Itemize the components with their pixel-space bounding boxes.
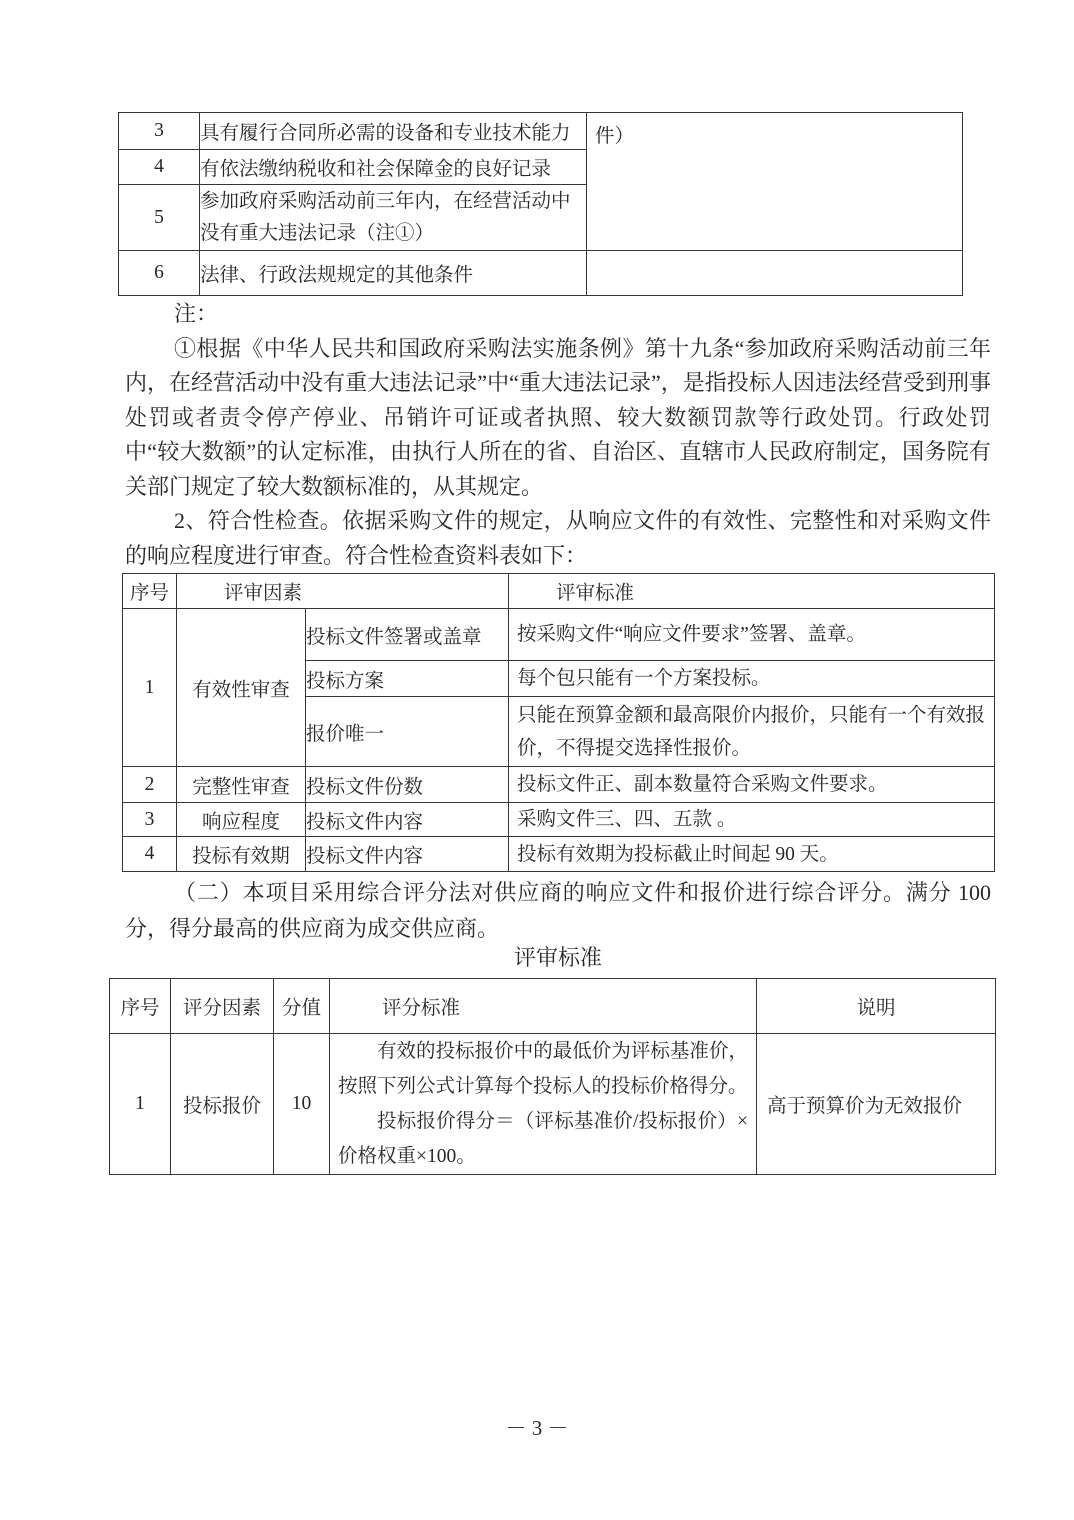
row-number: 4 bbox=[123, 837, 177, 872]
standard-cell: 每个包只能有一个方案投标。 bbox=[509, 661, 995, 697]
page-number: － 3 － bbox=[0, 1412, 1074, 1442]
qualification-text: 参加政府采购活动前三年内，在经营活动中没有重大违法记录（注①） bbox=[200, 185, 587, 251]
col-header-standard: 评审标准 bbox=[509, 574, 995, 609]
table-row: 1 有效性审查 投标文件签署或盖章 按采购文件“响应文件要求”签署、盖章。 bbox=[123, 609, 995, 661]
table-row: 4 投标有效期 投标文件内容 投标有效期为投标截止时间起 90 天。 bbox=[123, 837, 995, 872]
row-number: 5 bbox=[119, 185, 200, 251]
factor-cell: 投标报价 bbox=[171, 1034, 274, 1175]
standard-formula: 投标报价得分＝（评标基准价/投标报价）×价格权重×100。 bbox=[338, 1104, 748, 1174]
standard-paragraph: 有效的投标报价中的最低价为评标基准价，按照下列公式计算每个投标人的投标价格得分。 bbox=[338, 1034, 748, 1104]
col-header-standard: 评分标准 bbox=[330, 979, 757, 1034]
factor-cell: 完整性审查 bbox=[177, 767, 306, 803]
note-cell: 高于预算价为无效报价 bbox=[757, 1034, 996, 1175]
standard-cell: 按采购文件“响应文件要求”签署、盖章。 bbox=[509, 609, 995, 661]
item-cell: 报价唯一 bbox=[306, 697, 509, 767]
factor-cell: 有效性审查 bbox=[177, 609, 306, 767]
score-cell: 10 bbox=[274, 1034, 330, 1175]
item-cell: 投标文件内容 bbox=[306, 837, 509, 872]
notes-block: 注： ①根据《中华人民共和国政府采购法实施条例》第十九条“参加政府采购活动前三年… bbox=[125, 297, 991, 573]
continued-note-cell: 件） bbox=[587, 113, 963, 251]
row-number: 4 bbox=[119, 150, 200, 185]
note-paragraph: ①根据《中华人民共和国政府采购法实施条例》第十九条“参加政府采购活动前三年内，在… bbox=[125, 332, 991, 505]
empty-cell bbox=[587, 251, 963, 296]
scoring-method-block: （二）本项目采用综合评分法对供应商的响应文件和报价进行综合评分。满分 100 分… bbox=[125, 875, 991, 946]
factor-cell: 投标有效期 bbox=[177, 837, 306, 872]
item-cell: 投标文件内容 bbox=[306, 803, 509, 837]
qualification-text: 有依法缴纳税收和社会保障金的良好记录 bbox=[200, 150, 587, 185]
standard-cell: 有效的投标报价中的最低价为评标基准价，按照下列公式计算每个投标人的投标价格得分。… bbox=[330, 1034, 757, 1175]
header-row: 序号 评分因素 分值 评分标准 说明 bbox=[110, 979, 996, 1034]
header-row: 序号 评审因素 评审标准 bbox=[123, 574, 995, 609]
qualification-text: 法律、行政法规规定的其他条件 bbox=[200, 251, 587, 296]
scoring-table: 序号 评分因素 分值 评分标准 说明 1 投标报价 10 有效的投标报价中的最低… bbox=[109, 978, 996, 1175]
col-header-factor: 评审因素 bbox=[177, 574, 509, 609]
col-header-note: 说明 bbox=[757, 979, 996, 1034]
item-cell: 投标文件份数 bbox=[306, 767, 509, 803]
table-row: 3 具有履行合同所必需的设备和专业技术能力 件） bbox=[119, 113, 963, 150]
item-cell: 投标方案 bbox=[306, 661, 509, 697]
row-number: 1 bbox=[110, 1034, 171, 1175]
table-row: 1 投标报价 10 有效的投标报价中的最低价为评标基准价，按照下列公式计算每个投… bbox=[110, 1034, 996, 1175]
standard-cell: 投标有效期为投标截止时间起 90 天。 bbox=[509, 837, 995, 872]
col-header-score: 分值 bbox=[274, 979, 330, 1034]
scoring-method-paragraph: （二）本项目采用综合评分法对供应商的响应文件和报价进行综合评分。满分 100 分… bbox=[125, 875, 991, 946]
table-row: 2 完整性审查 投标文件份数 投标文件正、副本数量符合采购文件要求。 bbox=[123, 767, 995, 803]
factor-cell: 响应程度 bbox=[177, 803, 306, 837]
table-row: 6 法律、行政法规规定的其他条件 bbox=[119, 251, 963, 296]
row-number: 3 bbox=[119, 113, 200, 150]
row-number: 1 bbox=[123, 609, 177, 767]
col-header-no: 序号 bbox=[123, 574, 177, 609]
row-number: 3 bbox=[123, 803, 177, 837]
col-header-no: 序号 bbox=[110, 979, 171, 1034]
qualification-text: 具有履行合同所必需的设备和专业技术能力 bbox=[200, 113, 587, 150]
scoring-table-title: 评审标准 bbox=[125, 941, 991, 972]
row-number: 6 bbox=[119, 251, 200, 296]
standard-cell: 只能在预算金额和最高限价内报价，只能有一个有效报价，不得提交选择性报价。 bbox=[509, 697, 995, 767]
row-number: 2 bbox=[123, 767, 177, 803]
compliance-paragraph: 2、符合性检查。依据采购文件的规定，从响应文件的有效性、完整性和对采购文件的响应… bbox=[125, 504, 991, 573]
item-cell: 投标文件签署或盖章 bbox=[306, 609, 509, 661]
document-page: 3 具有履行合同所必需的设备和专业技术能力 件） 4 有依法缴纳税收和社会保障金… bbox=[0, 0, 1074, 1520]
standard-cell: 采购文件三、四、五款 。 bbox=[509, 803, 995, 837]
compliance-table: 序号 评审因素 评审标准 1 有效性审查 投标文件签署或盖章 按采购文件“响应文… bbox=[122, 573, 995, 872]
note-label: 注： bbox=[125, 297, 991, 332]
qualification-table: 3 具有履行合同所必需的设备和专业技术能力 件） 4 有依法缴纳税收和社会保障金… bbox=[118, 112, 963, 296]
standard-cell: 投标文件正、副本数量符合采购文件要求。 bbox=[509, 767, 995, 803]
col-header-factor: 评分因素 bbox=[171, 979, 274, 1034]
table-row: 3 响应程度 投标文件内容 采购文件三、四、五款 。 bbox=[123, 803, 995, 837]
